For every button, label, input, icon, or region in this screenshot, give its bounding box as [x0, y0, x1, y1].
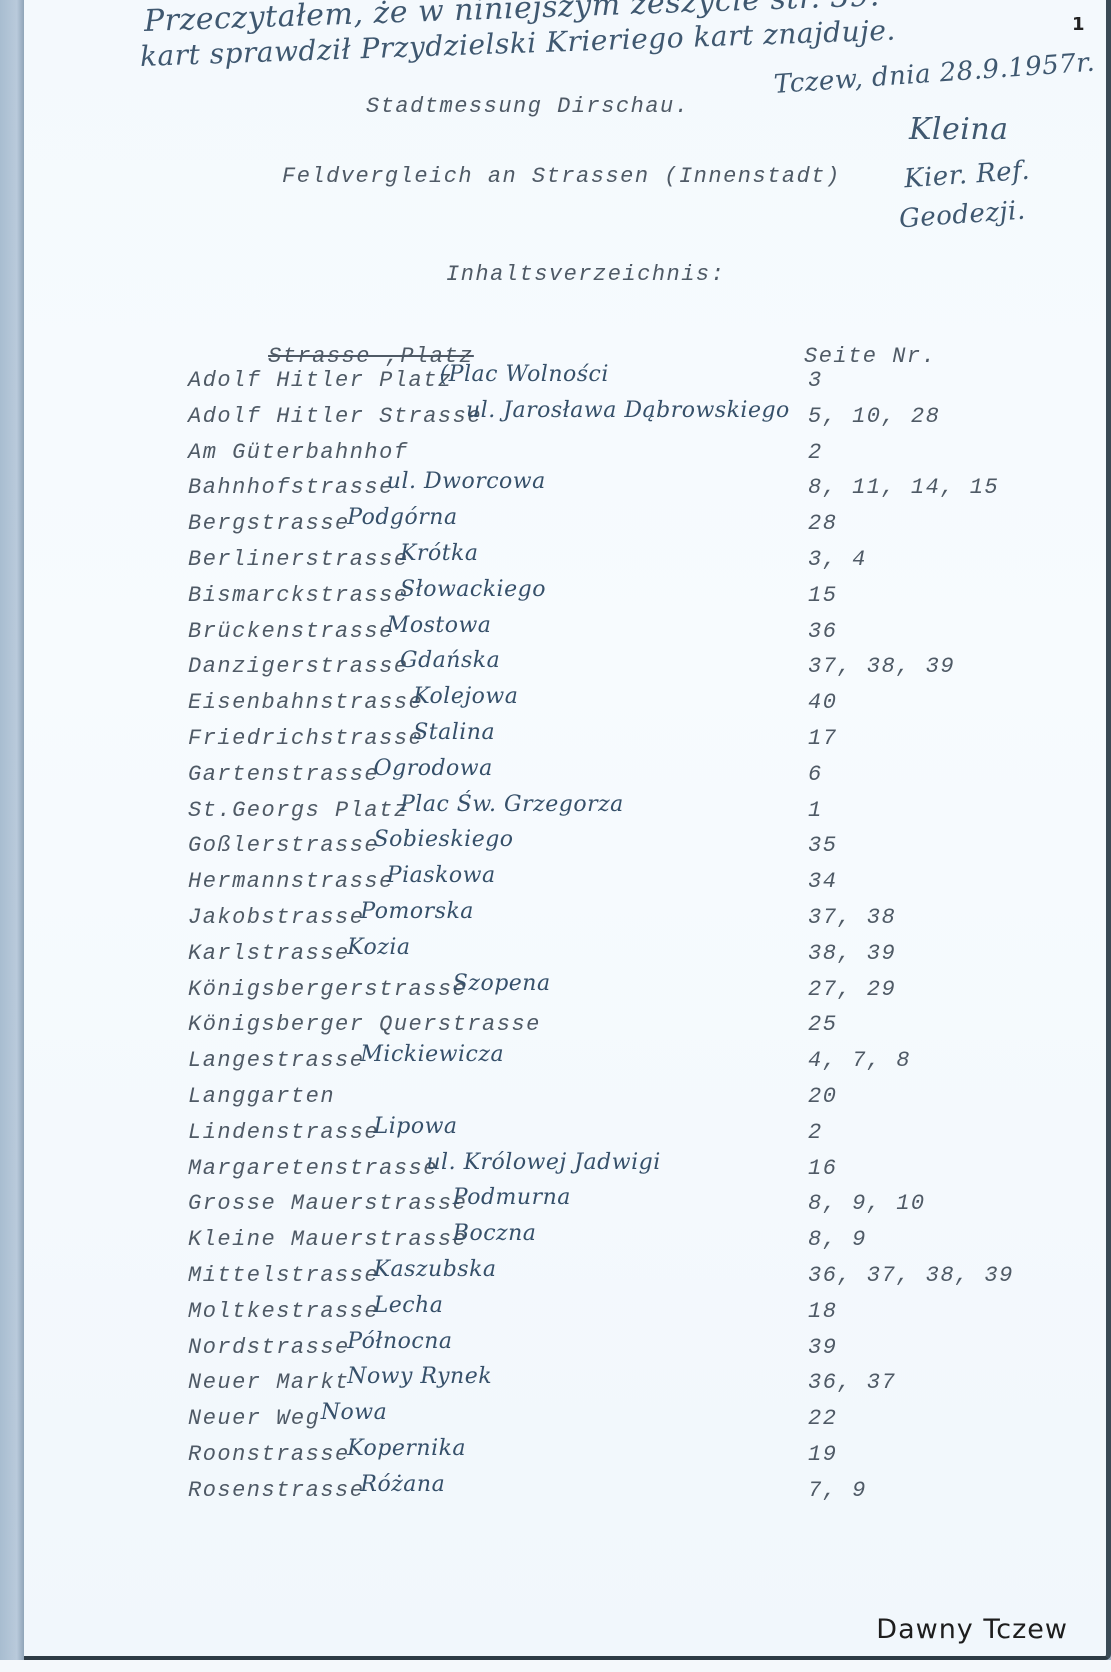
polish-street-name: Stalina: [413, 720, 495, 745]
page-numbers: 3: [808, 368, 823, 393]
polish-street-name: Krótka: [400, 541, 479, 566]
toc-row: Grosse MauerstrassePodmurna8, 9, 10: [24, 1191, 1106, 1225]
toc-row: Königsberger Querstrasse25: [24, 1012, 1106, 1046]
polish-street-name: Północna: [347, 1329, 452, 1354]
polish-street-name: Kolejowa: [413, 684, 518, 709]
german-street-name: St.Georgs Platz: [188, 798, 409, 823]
page-numbers: 40: [808, 690, 837, 715]
toc-row: KarlstrasseKozia38, 39: [24, 941, 1106, 975]
page-numbers: 28: [808, 511, 837, 536]
german-street-name: Bahnhofstrasse: [188, 475, 394, 500]
german-street-name: Am Güterbahnhof: [188, 440, 409, 465]
german-street-name: Königsberger Querstrasse: [188, 1012, 541, 1037]
german-street-name: Hermannstrasse: [188, 869, 394, 894]
toc-row: MoltkestrasseLecha18: [24, 1299, 1106, 1333]
document-subtitle: Feldvergleich an Strassen (Innenstadt): [282, 164, 841, 189]
toc-row: BrückenstrasseMostowa36: [24, 619, 1106, 653]
toc-row: HermannstrassePiaskowa34: [24, 869, 1106, 903]
page-numbers: 36: [808, 619, 837, 644]
page-numbers: 1: [808, 798, 823, 823]
page-numbers: 34: [808, 869, 837, 894]
toc-row: BerlinerstrasseKrótka3, 4: [24, 547, 1106, 581]
toc-row: BismarckstrasseSłowackiego15: [24, 583, 1106, 617]
page-numbers: 38, 39: [808, 941, 896, 966]
polish-street-name: (Plac Wolności: [440, 362, 609, 387]
polish-street-name: Podmurna: [453, 1185, 571, 1210]
german-street-name: Bismarckstrasse: [188, 583, 409, 608]
toc-row: LangestrasseMickiewicza4, 7, 8: [24, 1048, 1106, 1082]
page-numbers: 37, 38, 39: [808, 654, 955, 679]
polish-street-name: Kozia: [347, 935, 410, 960]
page-numbers: 7, 9: [808, 1478, 867, 1503]
page-numbers: 35: [808, 833, 837, 858]
polish-street-name: Plac Św. Grzegorza: [400, 792, 624, 817]
watermark: Dawny Tczew: [876, 1614, 1068, 1645]
toc-row: Neuer MarktNowy Rynek36, 37: [24, 1370, 1106, 1404]
toc-row: Am Güterbahnhof2: [24, 440, 1106, 474]
toc-row: RosenstrasseRóżana7, 9: [24, 1478, 1106, 1512]
toc-row: KönigsbergerstrasseSzopena27, 29: [24, 977, 1106, 1011]
signature-title-2: Geodezji.: [898, 196, 1026, 235]
institution-title: Stadtmessung Dirschau.: [366, 94, 689, 119]
page-number: 1: [1072, 14, 1085, 35]
polish-street-name: Lipowa: [374, 1114, 458, 1139]
toc-row: FriedrichstrasseStalina17: [24, 726, 1106, 760]
page-numbers: 27, 29: [808, 977, 896, 1002]
toc-row: JakobstrassePomorska37, 38: [24, 905, 1106, 939]
german-street-name: Lindenstrasse: [188, 1120, 379, 1145]
page-numbers: 3, 4: [808, 547, 867, 572]
page-numbers: 2: [808, 440, 823, 465]
german-street-name: Karlstrasse: [188, 941, 350, 966]
polish-street-name: Różana: [360, 1472, 445, 1497]
page-numbers: 19: [808, 1442, 837, 1467]
german-street-name: Jakobstrasse: [188, 905, 364, 930]
polish-street-name: Ogrodowa: [374, 756, 493, 781]
polish-street-name: ul. Dworcowa: [387, 469, 546, 494]
german-street-name: Bergstrasse: [188, 511, 350, 536]
polish-street-name: Mostowa: [387, 613, 492, 638]
page-numbers: 16: [808, 1156, 837, 1181]
german-street-name: Grosse Mauerstrasse: [188, 1191, 467, 1216]
polish-street-name: Mickiewicza: [360, 1042, 504, 1067]
polish-street-name: Lecha: [374, 1293, 444, 1318]
german-street-name: Danzigerstrasse: [188, 654, 409, 679]
toc-row: NordstrassePółnocna39: [24, 1335, 1106, 1369]
toc-row: Kleine MauerstrasseBoczna8, 9: [24, 1227, 1106, 1261]
polish-street-name: ul. Królowej Jadwigi: [426, 1150, 660, 1175]
page-numbers: 36, 37, 38, 39: [808, 1263, 1014, 1288]
german-street-name: Eisenbahnstrasse: [188, 690, 423, 715]
polish-street-name: Boczna: [453, 1221, 537, 1246]
page-numbers: 8, 11, 14, 15: [808, 475, 999, 500]
german-street-name: Adolf Hitler Platz: [188, 368, 453, 393]
page-numbers: 37, 38: [808, 905, 896, 930]
toc-row: Neuer WegNowa22: [24, 1406, 1106, 1440]
page-numbers: 39: [808, 1335, 837, 1360]
german-street-name: Langgarten: [188, 1084, 335, 1109]
german-street-name: Margaretenstrasse: [188, 1156, 438, 1181]
german-street-name: Mittelstrasse: [188, 1263, 379, 1288]
german-street-name: Langestrasse: [188, 1048, 364, 1073]
german-street-name: Friedrichstrasse: [188, 726, 423, 751]
toc-row: Adolf Hitler Strasseul. Jarosława Dąbrow…: [24, 404, 1106, 438]
toc-row: MittelstrasseKaszubska36, 37, 38, 39: [24, 1263, 1106, 1297]
german-street-name: Kleine Mauerstrasse: [188, 1227, 467, 1252]
polish-street-name: Piaskowa: [387, 863, 496, 888]
german-street-name: Goßlerstrasse: [188, 833, 379, 858]
polish-street-name: Słowackiego: [400, 577, 546, 602]
page-numbers: 15: [808, 583, 837, 608]
german-street-name: Brückenstrasse: [188, 619, 394, 644]
polish-street-name: Sobieskiego: [374, 827, 514, 852]
german-street-name: Nordstrasse: [188, 1335, 350, 1360]
toc-row: DanzigerstrasseGdańska37, 38, 39: [24, 654, 1106, 688]
polish-street-name: Nowa: [321, 1400, 387, 1425]
toc-row: Langgarten20: [24, 1084, 1106, 1118]
scan-left-edge: [0, 0, 24, 1672]
german-street-name: Königsbergerstrasse: [188, 977, 467, 1002]
toc-row: GoßlerstrasseSobieskiego35: [24, 833, 1106, 867]
polish-street-name: Nowy Rynek: [347, 1364, 492, 1389]
german-street-name: Gartenstrasse: [188, 762, 379, 787]
polish-street-name: Szopena: [453, 971, 551, 996]
signature-title-1: Kier. Ref.: [903, 156, 1031, 195]
page-numbers: 8, 9: [808, 1227, 867, 1252]
german-street-name: Berlinerstrasse: [188, 547, 409, 572]
handwritten-signature: Kleina: [909, 112, 1009, 147]
polish-street-name: Kopernika: [347, 1436, 466, 1461]
page-numbers: 2: [808, 1120, 823, 1145]
page-numbers: 20: [808, 1084, 837, 1109]
toc-row: Bahnhofstrasseul. Dworcowa8, 11, 14, 15: [24, 475, 1106, 509]
column-header-page: Seite Nr.: [804, 344, 936, 369]
document-page: 1 Przeczytałem, że w niniejszym zeszycie…: [24, 0, 1111, 1660]
page-numbers: 5, 10, 28: [808, 404, 940, 429]
polish-street-name: Kaszubska: [374, 1257, 497, 1282]
polish-street-name: Podgórna: [347, 505, 457, 530]
german-street-name: Moltkestrasse: [188, 1299, 379, 1324]
page-numbers: 18: [808, 1299, 837, 1324]
german-street-name: Rosenstrasse: [188, 1478, 364, 1503]
page-numbers: 36, 37: [808, 1370, 896, 1395]
page-numbers: 4, 7, 8: [808, 1048, 911, 1073]
german-street-name: Adolf Hitler Strasse: [188, 404, 482, 429]
page-numbers: 25: [808, 1012, 837, 1037]
german-street-name: Neuer Weg: [188, 1406, 320, 1431]
toc-row: EisenbahnstrasseKolejowa40: [24, 690, 1106, 724]
toc-row: St.Georgs PlatzPlac Św. Grzegorza1: [24, 798, 1106, 832]
page-numbers: 6: [808, 762, 823, 787]
scan-bottom-margin: [0, 1660, 1111, 1672]
german-street-name: Neuer Markt: [188, 1370, 350, 1395]
polish-street-name: Gdańska: [400, 648, 500, 673]
handwritten-date: Tczew, dnia 28.9.1957r.: [773, 48, 1096, 100]
page-numbers: 22: [808, 1406, 837, 1431]
page-numbers: 8, 9, 10: [808, 1191, 926, 1216]
toc-row: BergstrassePodgórna28: [24, 511, 1106, 545]
toc-title: Inhaltsverzeichnis:: [446, 262, 725, 287]
polish-street-name: ul. Jarosława Dąbrowskiego: [466, 398, 790, 423]
polish-street-name: Pomorska: [360, 899, 474, 924]
page-numbers: 17: [808, 726, 837, 751]
toc-row: RoonstrasseKopernika19: [24, 1442, 1106, 1476]
german-street-name: Roonstrasse: [188, 1442, 350, 1467]
